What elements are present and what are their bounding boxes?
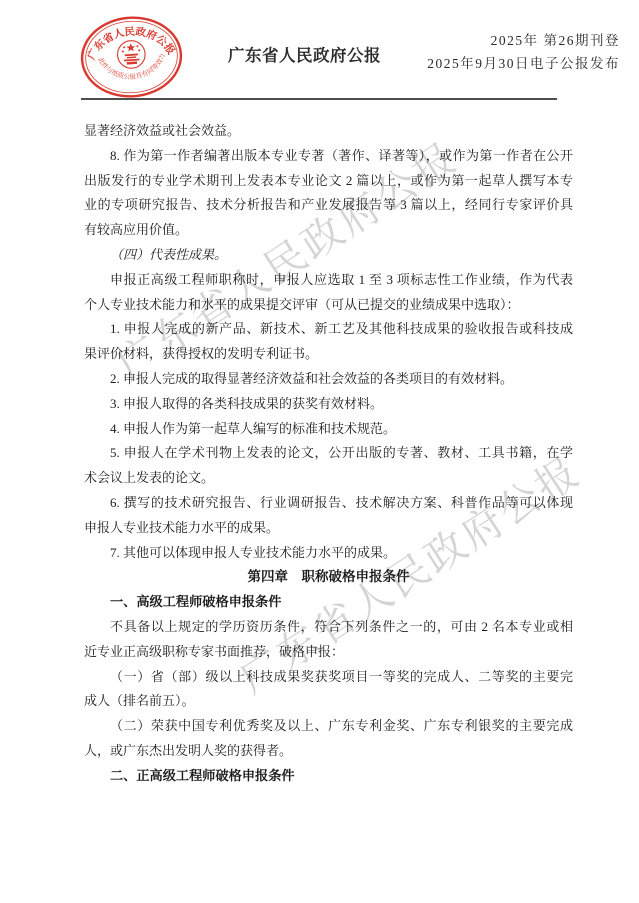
document-line: 术会议上发表的论文。	[84, 466, 573, 491]
document-line: 5. 申报人在学术刊物上发表的论文，公开出版的专著、教材、工具书籍，在学	[84, 441, 573, 466]
national-emblem-icon	[117, 40, 146, 69]
document-line: 业的专项研究报告、技术分析报告和产业发展报告等 3 篇以上，经同行专家评价具	[84, 193, 573, 218]
document-body: 显著经济效益或社会效益。 8. 作为第一作者编著出版本专业专著（著作、译著等），…	[84, 119, 573, 789]
document-line: （四）代表性成果。	[84, 243, 573, 268]
masthead-dates: 2025年 第26期刊登 2025年9月30日电子公报发布	[427, 29, 620, 75]
document-line: 个人专业技术能力和水平的成果提交评审（可从已提交的业绩成果中选取）：	[84, 293, 573, 318]
document-line: 1. 申报人完成的新产品、新技术、新工艺及其他科技成果的验收报告或科技成	[84, 317, 573, 342]
document-line: 近专业正高级职称专家书面推荐，破格申报：	[84, 640, 573, 665]
chapter-heading: 第四章 职称破格申报条件	[84, 565, 573, 590]
section-heading: 二、正高级工程师破格申报条件	[84, 764, 573, 789]
document-line: 8. 作为第一作者编著出版本专业专著（著作、译著等），或作为第一作者在公开	[84, 144, 573, 169]
document-line: （二）荣获中国专利优秀奖及以上、广东专利金奖、广东专利银奖的主要完成	[84, 714, 573, 739]
document-line: 申报正高级工程师职称时，申报人应选取 1 至 3 项标志性工作业绩，作为代表	[84, 268, 573, 293]
section-heading: 一、高级工程师破格申报条件	[84, 590, 573, 615]
document-line: （一）省（部）级以上科技成果奖获奖项目一等奖的完成人、二等奖的主要完	[84, 665, 573, 690]
document-line: 4. 申报人作为第一起草人编写的标准和技术规范。	[84, 417, 573, 442]
document-line: 申报人专业技术能力水平的成果。	[84, 516, 573, 541]
document-line: 显著经济效益或社会效益。	[84, 119, 573, 144]
masthead-title: 广东省人民政府公报	[228, 42, 381, 66]
document-line: 人，或广东杰出发明人奖的获得者。	[84, 739, 573, 764]
document-line: 果评价材料，获得授权的发明专利证书。	[84, 342, 573, 367]
document-line: 2. 申报人完成的取得显著经济效益和社会效益的各类项目的有效材料。	[84, 367, 573, 392]
document-line: 不具备以上规定的学历资历条件，符合下列条件之一的，可由 2 名本专业或相	[84, 615, 573, 640]
svg-text:此件与纸质公报具有同等效力: 此件与纸质公报具有同等效力	[96, 51, 168, 83]
document-line: 3. 申报人取得的各类科技成果的获奖有效材料。	[84, 392, 573, 417]
document-line: 6. 撰写的技术研究报告、行业调研报告、技术解决方案、科普作品等可以体现	[84, 491, 573, 516]
issue-line: 2025年 第26期刊登	[427, 29, 620, 52]
document-line: 有较高应用价值。	[84, 218, 573, 243]
header-divider	[81, 98, 557, 100]
document-line: 成人（排名前五）。	[84, 689, 573, 714]
document-line: 7. 其他可以体现申报人专业技术能力水平的成果。	[84, 541, 573, 566]
document-line: 出版发行的专业学术期刊上发表本专业论文 2 篇以上，或作为第一起草人撰写本专	[84, 169, 573, 194]
seal-bottom-text: 此件与纸质公报具有同等效力	[96, 51, 168, 83]
government-gazette-seal-icon: 广东省人民政府公报 此件与纸质公报具有同等效力	[77, 12, 186, 103]
gazette-page: 广东省人民政府公报 广东省人民政府公报 广东省人民政府公报 此件与纸质公报具有同…	[0, 0, 639, 903]
publish-date-line: 2025年9月30日电子公报发布	[427, 52, 620, 75]
